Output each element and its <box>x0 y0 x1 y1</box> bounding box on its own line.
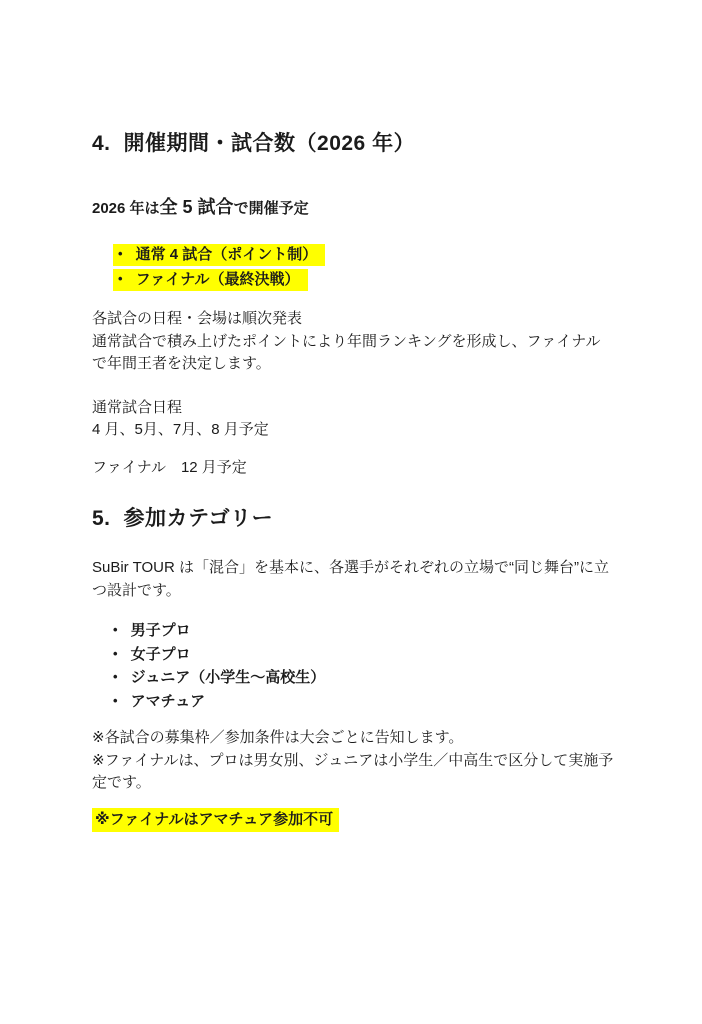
bullet-icon: • <box>113 619 118 642</box>
regular-schedule-label: 通常試合日程 <box>92 397 614 420</box>
section-4-heading: 4. 開催期間・試合数（2026 年） <box>92 131 614 156</box>
final-restriction-note-row: ※ファイナルはアマチュア参加不可 <box>92 808 614 832</box>
match-type-list: •通常 4 試合（ポイント制） •ファイナル（最終決戦） <box>92 244 614 291</box>
schedule-paragraph: 各試合の日程・会場は順次発表 通常試合で積み上げたポイントにより年間ランキングを… <box>92 308 614 376</box>
category-amateur: アマチュア <box>131 693 206 710</box>
page-content: 4. 開催期間・試合数（2026 年） 2026 年は全 5 試合で開催予定 •… <box>92 0 614 832</box>
bullet-icon: • <box>118 245 123 263</box>
list-item: •ジュニア（小学生～高校生） <box>113 666 614 690</box>
final-restriction-note-highlight: ※ファイナルはアマチュア参加不可 <box>92 808 339 832</box>
final-schedule-line: ファイナル 12 月予定 <box>92 457 614 480</box>
list-item: •男子プロ <box>113 619 614 643</box>
list-item: •女子プロ <box>113 643 614 667</box>
schedule-paragraph-line1: 各試合の日程・会場は順次発表 <box>92 308 614 331</box>
regular-schedule-months: 4 月、5月、7月、8 月予定 <box>92 419 614 442</box>
bullet-icon: • <box>113 690 118 713</box>
category-womens-pro: 女子プロ <box>131 646 191 663</box>
list-item: •アマチュア <box>113 690 614 714</box>
bullet-icon: • <box>113 666 118 689</box>
bullet-icon: • <box>113 643 118 666</box>
highlighted-bullet: •通常 4 試合（ポイント制） <box>113 244 325 266</box>
section-5-number: 5. <box>92 506 111 531</box>
section-4-number: 4. <box>92 131 111 156</box>
schedule-intro-emphasis: 全 5 試合 <box>160 197 234 217</box>
schedule-intro-line: 2026 年は全 5 試合で開催予定 <box>92 195 614 221</box>
note-final-divisions: ※ファイナルは、プロは男女別、ジュニアは小学生／中高生で区分して実施予定です。 <box>92 750 614 795</box>
section-5-title: 参加カテゴリー <box>124 506 274 531</box>
note-entry-conditions: ※各試合の募集枠／参加条件は大会ごとに告知します。 <box>92 727 614 750</box>
bullet-icon: • <box>118 270 123 288</box>
match-type-regular: 通常 4 試合（ポイント制） <box>136 246 318 263</box>
list-item: •通常 4 試合（ポイント制） <box>113 244 614 266</box>
schedule-paragraph-line2: 通常試合で積み上げたポイントにより年間ランキングを形成し、ファイナルで年間王者を… <box>92 331 614 376</box>
document-page: 4. 開催期間・試合数（2026 年） 2026 年は全 5 試合で開催予定 •… <box>0 0 702 1024</box>
section-5-heading: 5. 参加カテゴリー <box>92 506 614 531</box>
section-4-title: 開催期間・試合数（2026 年） <box>124 131 416 156</box>
category-notes: ※各試合の募集枠／参加条件は大会ごとに告知します。 ※ファイナルは、プロは男女別… <box>92 727 614 795</box>
category-list: •男子プロ •女子プロ •ジュニア（小学生～高校生） •アマチュア <box>92 619 614 713</box>
highlighted-bullet: •ファイナル（最終決戦） <box>113 269 308 291</box>
category-junior: ジュニア（小学生～高校生） <box>131 669 326 686</box>
match-type-final: ファイナル（最終決戦） <box>136 271 300 288</box>
categories-intro: SuBir TOUR は「混合」を基本に、各選手がそれぞれの立場で“同じ舞台”に… <box>92 557 614 602</box>
list-item: •ファイナル（最終決戦） <box>113 269 614 291</box>
schedule-intro-suffix: で開催予定 <box>234 200 309 217</box>
schedule-intro-prefix: 2026 年は <box>92 200 160 217</box>
regular-schedule-block: 通常試合日程 4 月、5月、7月、8 月予定 <box>92 397 614 442</box>
category-mens-pro: 男子プロ <box>131 622 191 639</box>
